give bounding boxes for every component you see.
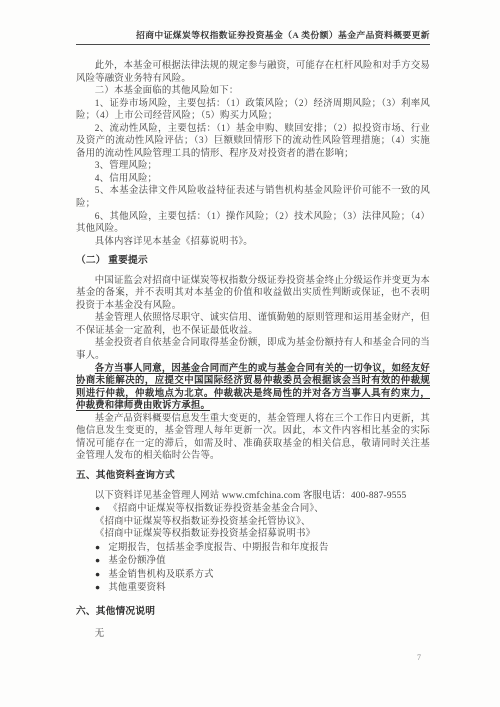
paragraph-other-risk: 6、其他风险，主要包括：（1）操作风险；（2）技术风险；（3）法律风险；（4）其… (76, 211, 430, 236)
section-heading-important-notice: （二） 重要提示 (76, 255, 430, 268)
document-body: 此外，本基金可根据法律法规的规定参与融资，可能存在杠杆风险和对手方交易风险等融资… (76, 60, 430, 641)
phone-text: 400-887-9555 (351, 491, 407, 501)
bullet-icon: ● (95, 581, 100, 594)
section-heading-other-notes: 六、其他情况说明 (76, 606, 430, 619)
paragraph-market-risk: 1、证券市场风险，主要包括：（1）政策风险；（2）经济周期风险；（3）利率风险；… (76, 98, 430, 123)
list-item-text: 《招商中证煤炭等权指数证券投资基金基金合同》、 (108, 504, 324, 514)
list-item-prospectus: 《招商中证煤炭等权指数证券投资基金招募说明书》 (76, 528, 430, 541)
paragraph-arbitration-clause: 各方当事人同意，因基金合同而产生的或与基金合同有关的一切争议，如经友好协商未能解… (76, 363, 430, 413)
document-page: 招商中证煤炭等权指数证券投资基金（A 类份额）基金产品资料概要更新 此外，本基金… (0, 0, 500, 707)
paragraph-management-risk: 3、管理风险； (76, 160, 430, 173)
list-item-fund-contract: ●《招商中证煤炭等权指数证券投资基金基金合同》、 (76, 502, 430, 516)
paragraph-credit-risk: 4、信用风险； (76, 173, 430, 186)
paragraph-other-risks-lead: 二）本基金面临的其他风险如下： (76, 85, 430, 98)
paragraph-see-prospectus: 具体内容详见本基金《招募说明书》。 (76, 236, 430, 249)
intro-prefix-text: 以下资料详见基金管理人网站 (95, 491, 222, 501)
paragraph-liquidity-risk: 2、流动性风险，主要包括：（1）基金申购、赎回安排；（2）拟投资市场、行业及资产… (76, 123, 430, 161)
intro-middle-text: 客服电话： (300, 491, 350, 501)
list-item-sales-agencies: ●基金销售机构及联系方式 (76, 568, 430, 582)
list-item-text: 定期报告，包括基金季度报告、中期报告和年度报告 (108, 543, 328, 553)
paragraph-info-sources-intro: 以下资料详见基金管理人网站 www.cmfchina.com 客服电话：400-… (76, 490, 430, 503)
bullet-icon: ● (95, 502, 100, 515)
paragraph-other-notes-content: 无 (76, 628, 430, 641)
list-item-periodic-reports: ●定期报告，包括基金季度报告、中期报告和年度报告 (76, 541, 430, 555)
list-item-text: 其他重要资料 (108, 583, 165, 593)
paragraph-csrc-statement: 中国证监会对招商中证煤炭等权指数分级证券投资基金终止分级运作并变更为本基金的备案… (76, 275, 430, 313)
bullet-icon: ● (95, 568, 100, 581)
page-number: 7 (417, 653, 421, 662)
list-item-text: 基金销售机构及联系方式 (108, 570, 213, 580)
list-item-text: 基金份额净值 (108, 556, 165, 566)
paragraph-financing-risk: 此外，本基金可根据法律法规的规定参与融资，可能存在杠杆风险和对手方交易风险等融资… (76, 60, 430, 85)
document-header-title: 招商中证煤炭等权指数证券投资基金（A 类份额）基金产品资料概要更新 (76, 30, 430, 44)
list-item-custody-agreement: 《招商中证煤炭等权指数证券投资基金托管协议》、 (76, 516, 430, 529)
website-text: www.cmfchina.com (222, 491, 301, 501)
paragraph-investor-party: 基金投资者自依基金合同取得基金份额，即成为基金份额持有人和基金合同的当事人。 (76, 337, 430, 362)
header-divider (76, 44, 430, 45)
paragraph-manager-duty: 基金管理人依照恪尽职守、诚实信用、谨慎勤勉的原则管理和运用基金财产，但不保证基金… (76, 312, 430, 337)
list-item-nav: ●基金份额净值 (76, 554, 430, 568)
paragraph-legal-doc-risk: 5、本基金法律文件风险收益特征表述与销售机构基金风险评价可能不一致的风险； (76, 185, 430, 210)
paragraph-update-policy: 基金产品资料概要信息发生重大变更的，基金管理人将在三个工作日内更新，其他信息发生… (76, 413, 430, 463)
section-heading-other-info: 五、其他资料查询方式 (76, 470, 430, 483)
bullet-icon: ● (95, 554, 100, 567)
list-item-other-materials: ●其他重要资料 (76, 581, 430, 595)
bullet-icon: ● (95, 541, 100, 554)
